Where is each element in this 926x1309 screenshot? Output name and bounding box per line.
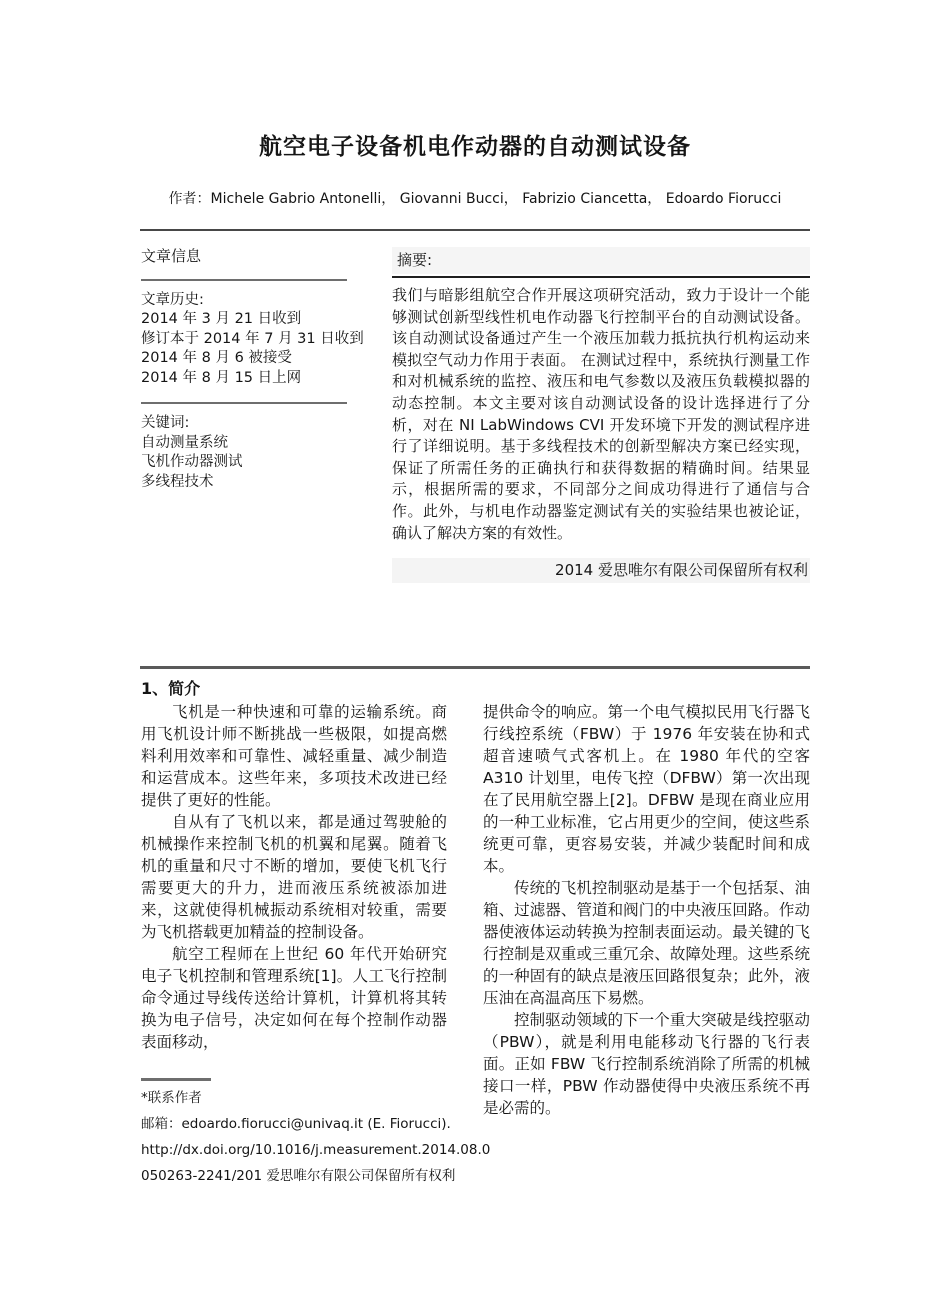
abstract-text: 我们与暗影组航空合作开展这项研究活动，致力于设计一个能够测试创新型线性机电作动器… (392, 285, 810, 544)
article-info-column: 文章信息 文章历史: 2014 年 3 月 21 日收到 修订本于 2014 年… (141, 247, 393, 492)
authors-line: 作者：Michele Gabrio Antonelli， Giovanni Bu… (140, 188, 810, 208)
footnote-divider (141, 1078, 211, 1081)
body-column-left: 飞机是一种快速和可靠的运输系统。商用飞机设计师不断挑战一些极限，如提高燃料利用效… (141, 701, 447, 1053)
keywords-label: 关键词: (141, 414, 393, 434)
keyword-item: 自动测量系统 (141, 434, 393, 454)
body-paragraph: 控制驱动领域的下一个重大突破是线控驱动（PBW），就是利用电能移动飞行器的飞行表… (483, 1009, 810, 1119)
keywords-divider (141, 402, 347, 404)
footnote-issn-copyright: 050263-2241/201 爱思唯尔有限公司保留所有权利 (141, 1163, 477, 1189)
header-divider (140, 229, 810, 231)
abstract-copyright: 2014 爱思唯尔有限公司保留所有权利 (392, 558, 810, 583)
article-info-divider (141, 279, 347, 281)
article-history-item: 修订本于 2014 年 7 月 31 日收到 (141, 330, 393, 350)
keyword-item: 飞机作动器测试 (141, 453, 393, 473)
spacer (141, 388, 393, 402)
article-info-heading: 文章信息 (141, 247, 393, 267)
abstract-column: 摘要: 我们与暗影组航空合作开展这项研究活动，致力于设计一个能够测试创新型线性机… (392, 247, 810, 583)
body-paragraph: 传统的飞机控制驱动是基于一个包括泵、油箱、过滤器、管道和阀门的中央液压回路。作动… (483, 877, 810, 1009)
body-column-right: 提供命令的响应。第一个电气模拟民用飞行器飞行线控系统（FBW）于 1976 年安… (483, 701, 810, 1119)
paper-title: 航空电子设备机电作动器的自动测试设备 (140, 128, 810, 161)
footnote-contact: *联系作者 (141, 1085, 477, 1111)
paper-page: 航空电子设备机电作动器的自动测试设备 作者：Michele Gabrio Ant… (0, 0, 926, 1309)
body-paragraph: 自从有了飞机以来，都是通过驾驶舱的机械操作来控制飞机的机翼和尾翼。随着飞机的重量… (141, 811, 447, 943)
footnote-block: *联系作者 邮箱：edoardo.fiorucci@univaq.it (E. … (141, 1078, 477, 1189)
article-history-item: 2014 年 8 月 6 被接受 (141, 349, 393, 369)
article-history-item: 2014 年 8 月 15 日上网 (141, 369, 393, 389)
footnote-email: 邮箱：edoardo.fiorucci@univaq.it (E. Fioruc… (141, 1111, 477, 1137)
body-paragraph: 航空工程师在上世纪 60 年代开始研究电子飞机控制和管理系统[1]。人工飞行控制… (141, 943, 447, 1053)
section-divider (140, 666, 810, 669)
abstract-heading: 摘要: (392, 247, 810, 274)
body-paragraph: 飞机是一种快速和可靠的运输系统。商用飞机设计师不断挑战一些极限，如提高燃料利用效… (141, 701, 447, 811)
keyword-item: 多线程技术 (141, 473, 393, 493)
article-history-item: 2014 年 3 月 21 日收到 (141, 310, 393, 330)
footnote-doi: http://dx.doi.org/10.1016/j.measurement.… (141, 1137, 477, 1163)
section-1-heading: 1、简介 (141, 676, 200, 699)
abstract-divider (392, 276, 810, 278)
article-history-label: 文章历史: (141, 291, 393, 311)
body-paragraph: 提供命令的响应。第一个电气模拟民用飞行器飞行线控系统（FBW）于 1976 年安… (483, 701, 810, 877)
